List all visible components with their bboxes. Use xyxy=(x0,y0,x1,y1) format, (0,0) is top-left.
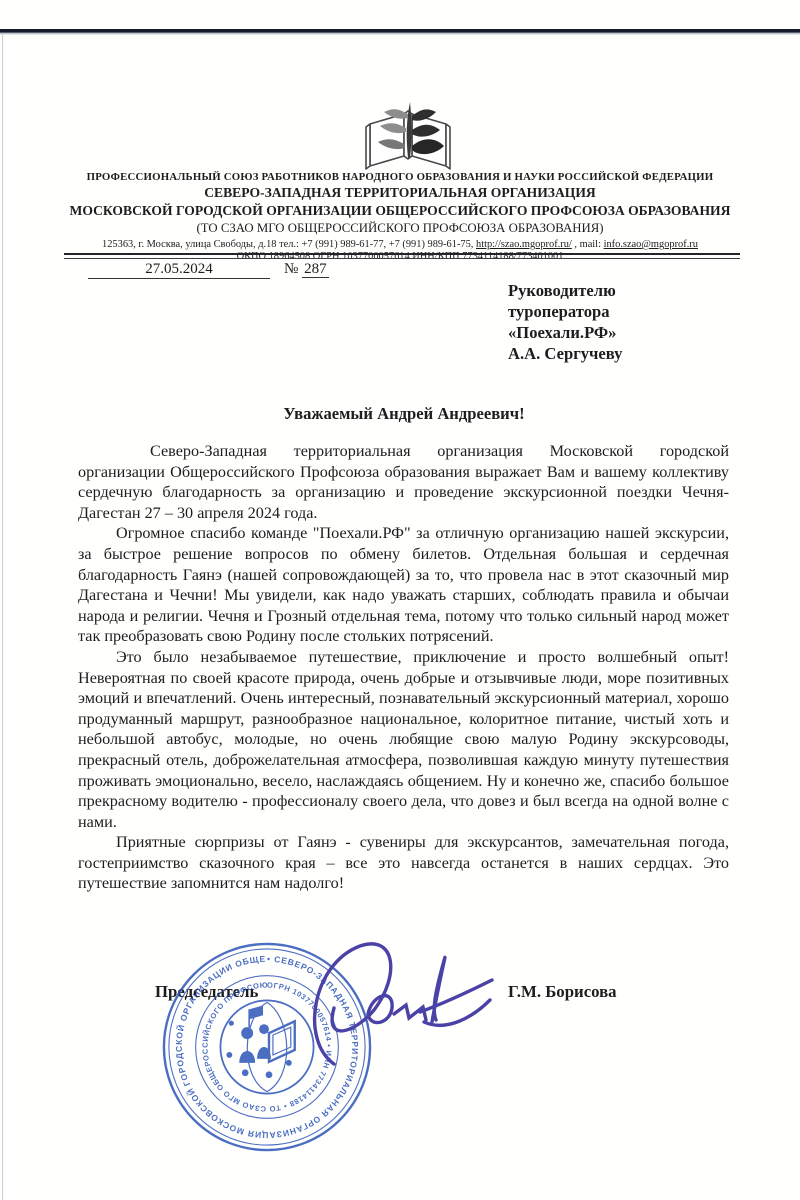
recipient-line: туроператора xyxy=(508,301,622,322)
handwritten-signature xyxy=(272,912,512,1092)
letter-date: 27.05.2024 xyxy=(88,261,270,279)
recipient-block: Руководителю туроператора «Поехали.РФ» А… xyxy=(508,280,622,364)
website-link[interactable]: http://szao.mgoprof.ru/ xyxy=(476,239,572,250)
salutation: Уважаемый Андрей Андреевич! xyxy=(78,404,730,424)
education-union-logo-icon xyxy=(356,98,460,170)
paragraph: Это было незабываемое путешествие, прикл… xyxy=(78,647,729,832)
recipient-line: Руководителю xyxy=(508,280,622,301)
recipient-line: А.А. Сергучеву xyxy=(508,343,622,364)
letterhead: ПРОФЕССИОНАЛЬНЫЙ СОЮЗ РАБОТНИКОВ НАРОДНО… xyxy=(40,171,760,262)
letterhead-divider xyxy=(64,253,740,259)
scan-left-edge xyxy=(2,33,3,1200)
union-name: ПРОФЕССИОНАЛЬНЫЙ СОЮЗ РАБОТНИКОВ НАРОДНО… xyxy=(40,171,760,183)
org-name-line1: СЕВЕРО-ЗАПАДНАЯ ТЕРРИТОРИАЛЬНАЯ ОРГАНИЗА… xyxy=(40,185,760,201)
postal-address: 125363, г. Москва, улица Свободы, д.18 т… xyxy=(102,239,476,250)
contact-line: 125363, г. Москва, улица Свободы, д.18 т… xyxy=(40,239,760,250)
reference-row: 27.05.2024№ 287 xyxy=(88,261,329,279)
number-sign: № xyxy=(284,261,298,277)
letter-body: Северо-Западная территориальная организа… xyxy=(78,441,729,894)
paragraph: Огромное спасибо команде "Поехали.РФ" за… xyxy=(78,523,729,647)
scan-top-edge xyxy=(0,29,800,35)
signer-name: Г.М. Борисова xyxy=(508,982,617,1002)
paragraph: Северо-Западная территориальная организа… xyxy=(78,441,729,523)
letter-number: 287 xyxy=(302,261,329,278)
org-name-line2: МОСКОВСКОЙ ГОРОДСКОЙ ОРГАНИЗАЦИИ ОБЩЕРОС… xyxy=(40,203,760,219)
org-short-name: (ТО СЗАО МГО ОБЩЕРОССИЙСКОГО ПРОФСОЮЗА О… xyxy=(40,221,760,236)
paragraph: Приятные сюрпризы от Гаянэ - сувениры дл… xyxy=(78,832,729,894)
scanned-letter-page: ПРОФЕССИОНАЛЬНЫЙ СОЮЗ РАБОТНИКОВ НАРОДНО… xyxy=(0,0,800,1200)
recipient-line: «Поехали.РФ» xyxy=(508,322,622,343)
email-link[interactable]: info.szao@mgoprof.ru xyxy=(604,239,698,250)
mail-label: , mail: xyxy=(572,239,604,250)
